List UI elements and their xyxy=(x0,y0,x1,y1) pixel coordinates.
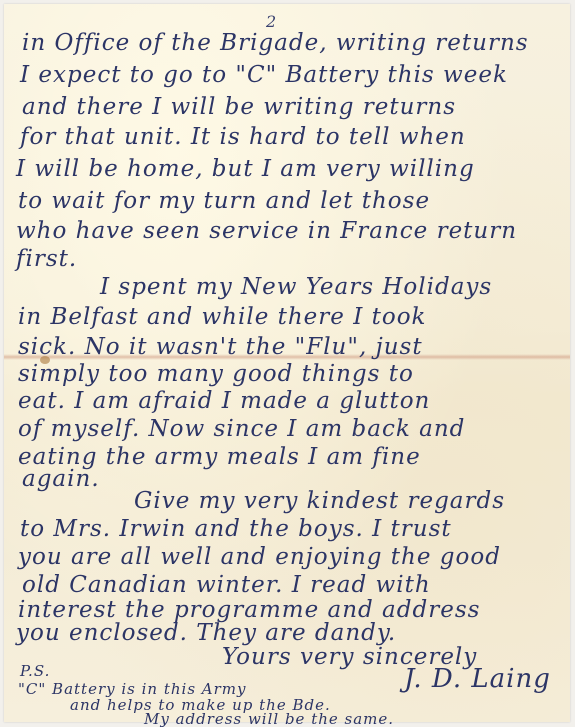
body-line-6: to wait for my turn and let those xyxy=(18,188,430,214)
body-line-12: simply too many good things to xyxy=(18,361,414,387)
postscript-label: P.S. xyxy=(20,662,50,680)
body-line-3: and there I will be writing returns xyxy=(22,94,456,120)
body-line-19: you are all well and enjoying the good xyxy=(18,544,501,570)
page-number: 2 xyxy=(266,12,277,31)
signature: J. D. Laing xyxy=(404,664,551,694)
letter-page: 2 in Office of the Brigade, writing retu… xyxy=(4,4,570,722)
postscript-line-3: My address will be the same. xyxy=(144,710,394,727)
body-line-7: who have seen service in France return xyxy=(16,218,517,244)
body-line-1: in Office of the Brigade, writing return… xyxy=(22,30,529,56)
body-line-9: I spent my New Years Holidays xyxy=(100,274,492,300)
body-line-13: eat. I am afraid I made a glutton xyxy=(18,388,430,414)
body-line-10: in Belfast and while there I took xyxy=(18,304,426,330)
body-line-16: again. xyxy=(22,466,100,492)
body-line-5: I will be home, but I am very willing xyxy=(16,156,475,182)
body-line-18: to Mrs. Irwin and the boys. I trust xyxy=(20,516,452,542)
body-line-17: Give my very kindest regards xyxy=(134,488,505,514)
body-line-2: I expect to go to "C" Battery this week xyxy=(20,62,508,88)
body-line-14: of myself. Now since I am back and xyxy=(18,416,465,442)
body-line-22: you enclosed. They are dandy. xyxy=(16,620,396,646)
body-line-20: old Canadian winter. I read with xyxy=(22,572,431,598)
body-line-4: for that unit. It is hard to tell when xyxy=(20,124,466,150)
body-line-11: sick. No it wasn't the "Flu", just xyxy=(18,334,423,360)
body-line-8: first. xyxy=(16,246,77,272)
